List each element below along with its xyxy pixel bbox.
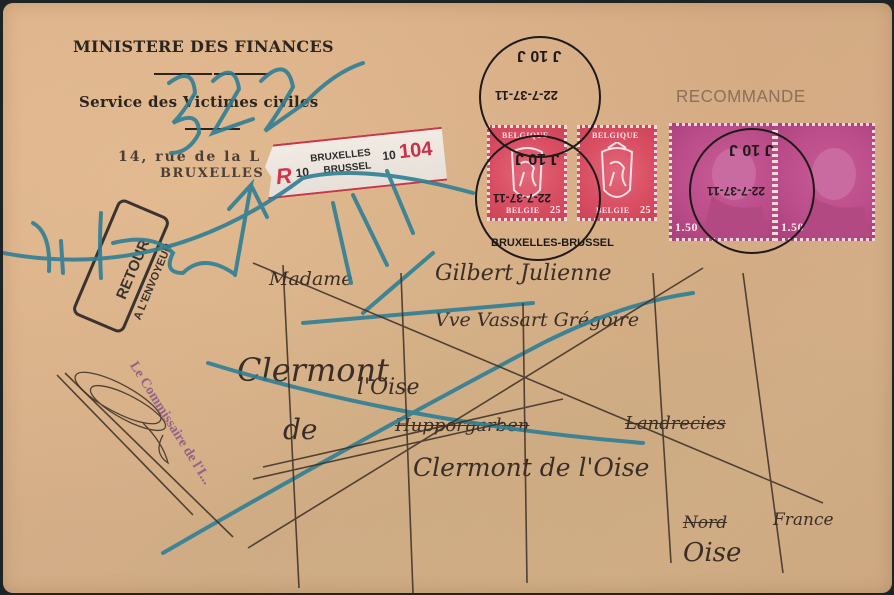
heading-rule-3	[185, 128, 240, 130]
return-to-sender-stamp: RETOUR A L'ENVOYEUR	[71, 197, 172, 335]
registration-label: R 10 BRUXELLES BRUSSEL 10 104	[263, 127, 448, 200]
registration-letter: R	[275, 163, 294, 191]
postmark-3: J 10 J 22-7-37-11	[689, 128, 815, 254]
recipient-name: Gilbert Julienne	[435, 261, 612, 286]
commissaire-stamp: Le Commissaire de l'I...	[125, 359, 214, 488]
city-rewritten-oise: l'Oise	[357, 375, 419, 400]
postmark-2: J 10 J 22-7-37-11 BRUXELLES-BRUSSEL	[475, 135, 601, 261]
office-number-left: 10	[295, 165, 310, 180]
heading-rule-1	[154, 73, 212, 75]
recipient-line-2: Vve Vassart Grégoire	[435, 309, 639, 331]
city-struck-1: Hupporgarben	[395, 415, 529, 436]
registration-number: 104	[398, 138, 434, 164]
salutation: Madame	[269, 268, 353, 290]
address-line-1: 14, rue de la L	[118, 149, 261, 165]
service-heading: Service des Victimes civiles	[79, 93, 319, 111]
ministry-heading: MINISTERE DES FINANCES	[73, 37, 334, 56]
city-struck-2: Landrecies	[625, 413, 726, 434]
department-struck: Nord	[683, 513, 727, 533]
city-rewritten-de: de	[283, 413, 318, 446]
office-number-right: 10	[382, 148, 397, 163]
country: France	[773, 510, 834, 530]
city-nl: BRUSSEL	[323, 160, 372, 176]
envelope: MINISTERE DES FINANCES Service des Victi…	[3, 3, 892, 593]
department-new: Oise	[683, 538, 741, 568]
heading-rule-2	[214, 73, 269, 75]
registered-mark: RECOMMANDE	[676, 87, 806, 108]
address-line-2: BRUXELLES	[160, 166, 264, 181]
city-new-2: Clermont de l'Oise	[413, 453, 649, 482]
